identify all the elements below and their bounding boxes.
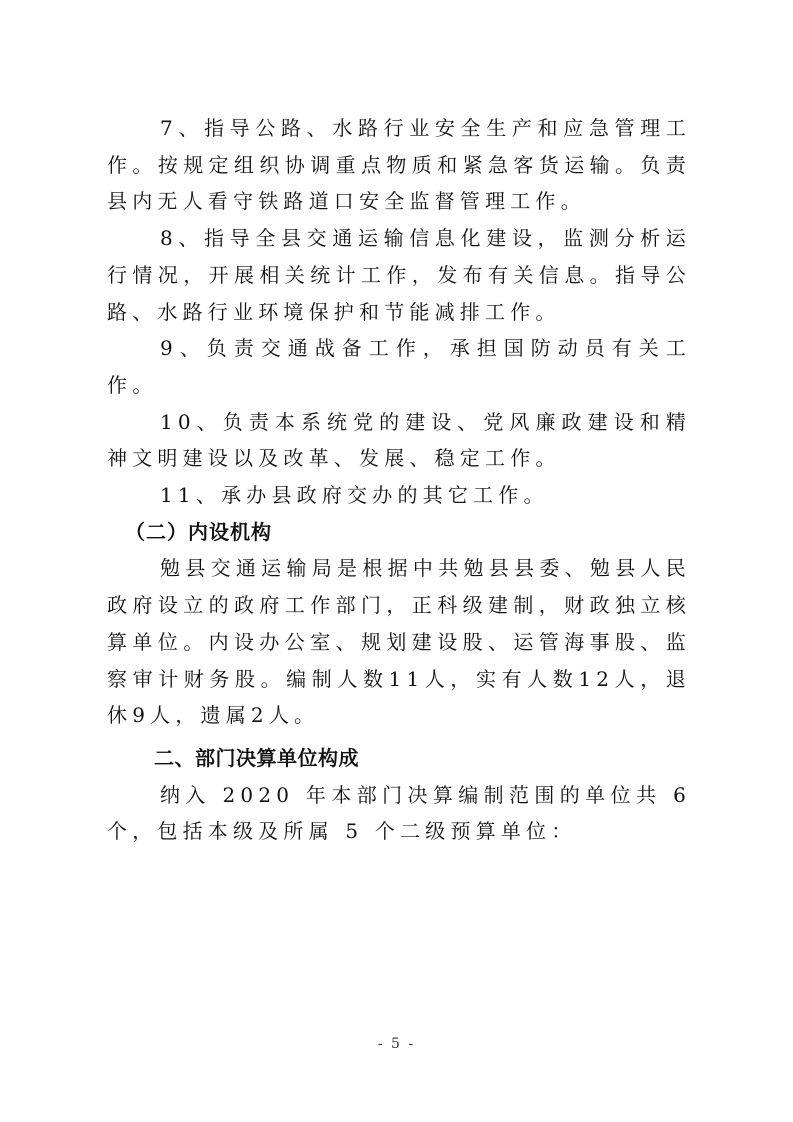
section-heading-budget-units: 二、部门决算单位构成 [107, 740, 691, 777]
paragraph-item-8: 8、指导全县交通运输信息化建设，监测分析运行情况，开展相关统计工作，发布有关信息… [107, 220, 691, 330]
paragraph-item-7: 7、指导公路、水路行业安全生产和应急管理工作。按规定组织协调重点物质和紧急客货运… [107, 110, 691, 220]
section-heading-internal-structure: （二）内设机构 [107, 514, 691, 551]
paragraph-item-11: 11、承办县政府交办的其它工作。 [107, 477, 691, 514]
paragraph-item-9: 9、负责交通战备工作，承担国防动员有关工作。 [107, 330, 691, 403]
page-number: - 5 - [0, 1036, 793, 1052]
paragraph-internal-structure: 勉县交通运输局是根据中共勉县县委、勉县人民政府设立的政府工作部门，正科级建制，财… [107, 550, 691, 734]
paragraph-budget-units: 纳入 2020 年本部门决算编制范围的单位共 6 个，包括本级及所属 5 个二级… [107, 777, 691, 850]
paragraph-item-10: 10、负责本系统党的建设、党风廉政建设和精神文明建设以及改革、发展、稳定工作。 [107, 404, 691, 477]
document-page: 7、指导公路、水路行业安全生产和应急管理工作。按规定组织协调重点物质和紧急客货运… [107, 110, 691, 850]
